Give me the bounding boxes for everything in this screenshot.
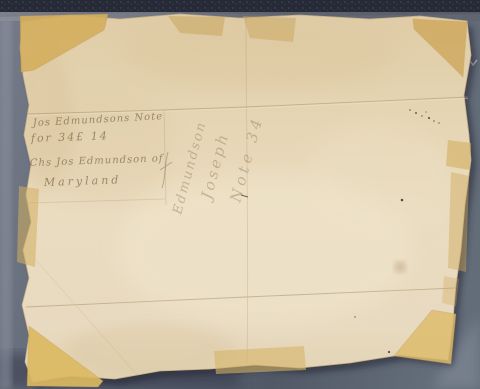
ink-speck <box>421 115 422 116</box>
sleeve-sheen-left <box>0 18 12 389</box>
stain-bottom <box>65 324 235 376</box>
ink-speck <box>401 199 404 202</box>
highlight-right <box>305 120 455 240</box>
ink-speck <box>409 109 411 111</box>
handwriting-docket-line4: Maryland <box>43 173 122 189</box>
handwriting-docket-line2: for 34£ 14 <box>30 129 109 145</box>
ink-speck <box>425 111 426 112</box>
manuscript-photo: Jos Edmundsons Note for 34£ 14 Chs Jos E… <box>0 0 480 389</box>
ink-speck <box>428 117 430 119</box>
ink-speck <box>388 351 390 353</box>
ink-speck <box>354 316 355 317</box>
ink-speck <box>438 122 439 123</box>
tape-right-small <box>446 140 471 170</box>
ink-speck <box>433 120 435 122</box>
photo-canvas: Jos Edmundsons Note for 34£ 14 Chs Jos E… <box>0 0 480 389</box>
ink-speck <box>415 112 417 114</box>
tape-right-strip <box>448 172 469 272</box>
stain-spot <box>394 261 406 273</box>
tape-right-lower <box>442 276 459 306</box>
